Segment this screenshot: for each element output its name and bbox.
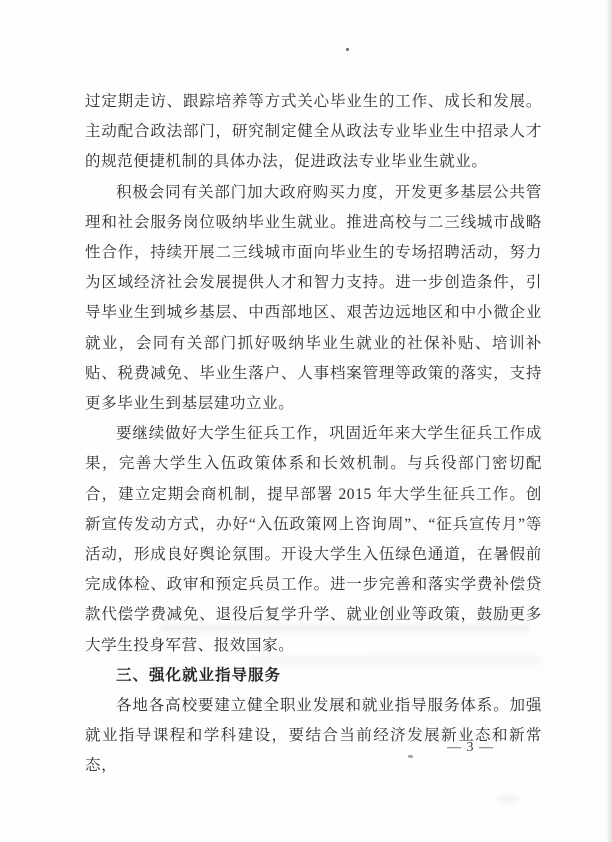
- document-body: 过定期走访、跟踪培养等方式关心毕业生的工作、成长和发展。主动配合政法部门，研究制…: [85, 87, 542, 782]
- page-number: — 3 —: [447, 740, 517, 756]
- scanned-document-page: 过定期走访、跟踪培养等方式关心毕业生的工作、成长和发展。主动配合政法部门，研究制…: [0, 0, 612, 842]
- scan-speck: [346, 48, 349, 51]
- scan-edge-shadow: [606, 0, 612, 842]
- scan-speck: [408, 755, 413, 758]
- section-heading: 三、强化就业指导服务: [85, 661, 542, 691]
- paragraph: 各地各高校要建立健全职业发展和就业指导服务体系。加强就业指导课程和学科建设，要结…: [85, 691, 542, 782]
- paragraph: 积极会同有关部门加大政府购买力度，开发更多基层公共管理和社会服务岗位吸纳毕业生就…: [85, 178, 542, 420]
- ink-bleed-artifact: [160, 624, 530, 633]
- ink-bleed-artifact: [250, 656, 540, 665]
- ink-bleed-artifact: [497, 796, 519, 802]
- paragraph-continuation: 过定期走访、跟踪培养等方式关心毕业生的工作、成长和发展。主动配合政法部门，研究制…: [85, 87, 542, 178]
